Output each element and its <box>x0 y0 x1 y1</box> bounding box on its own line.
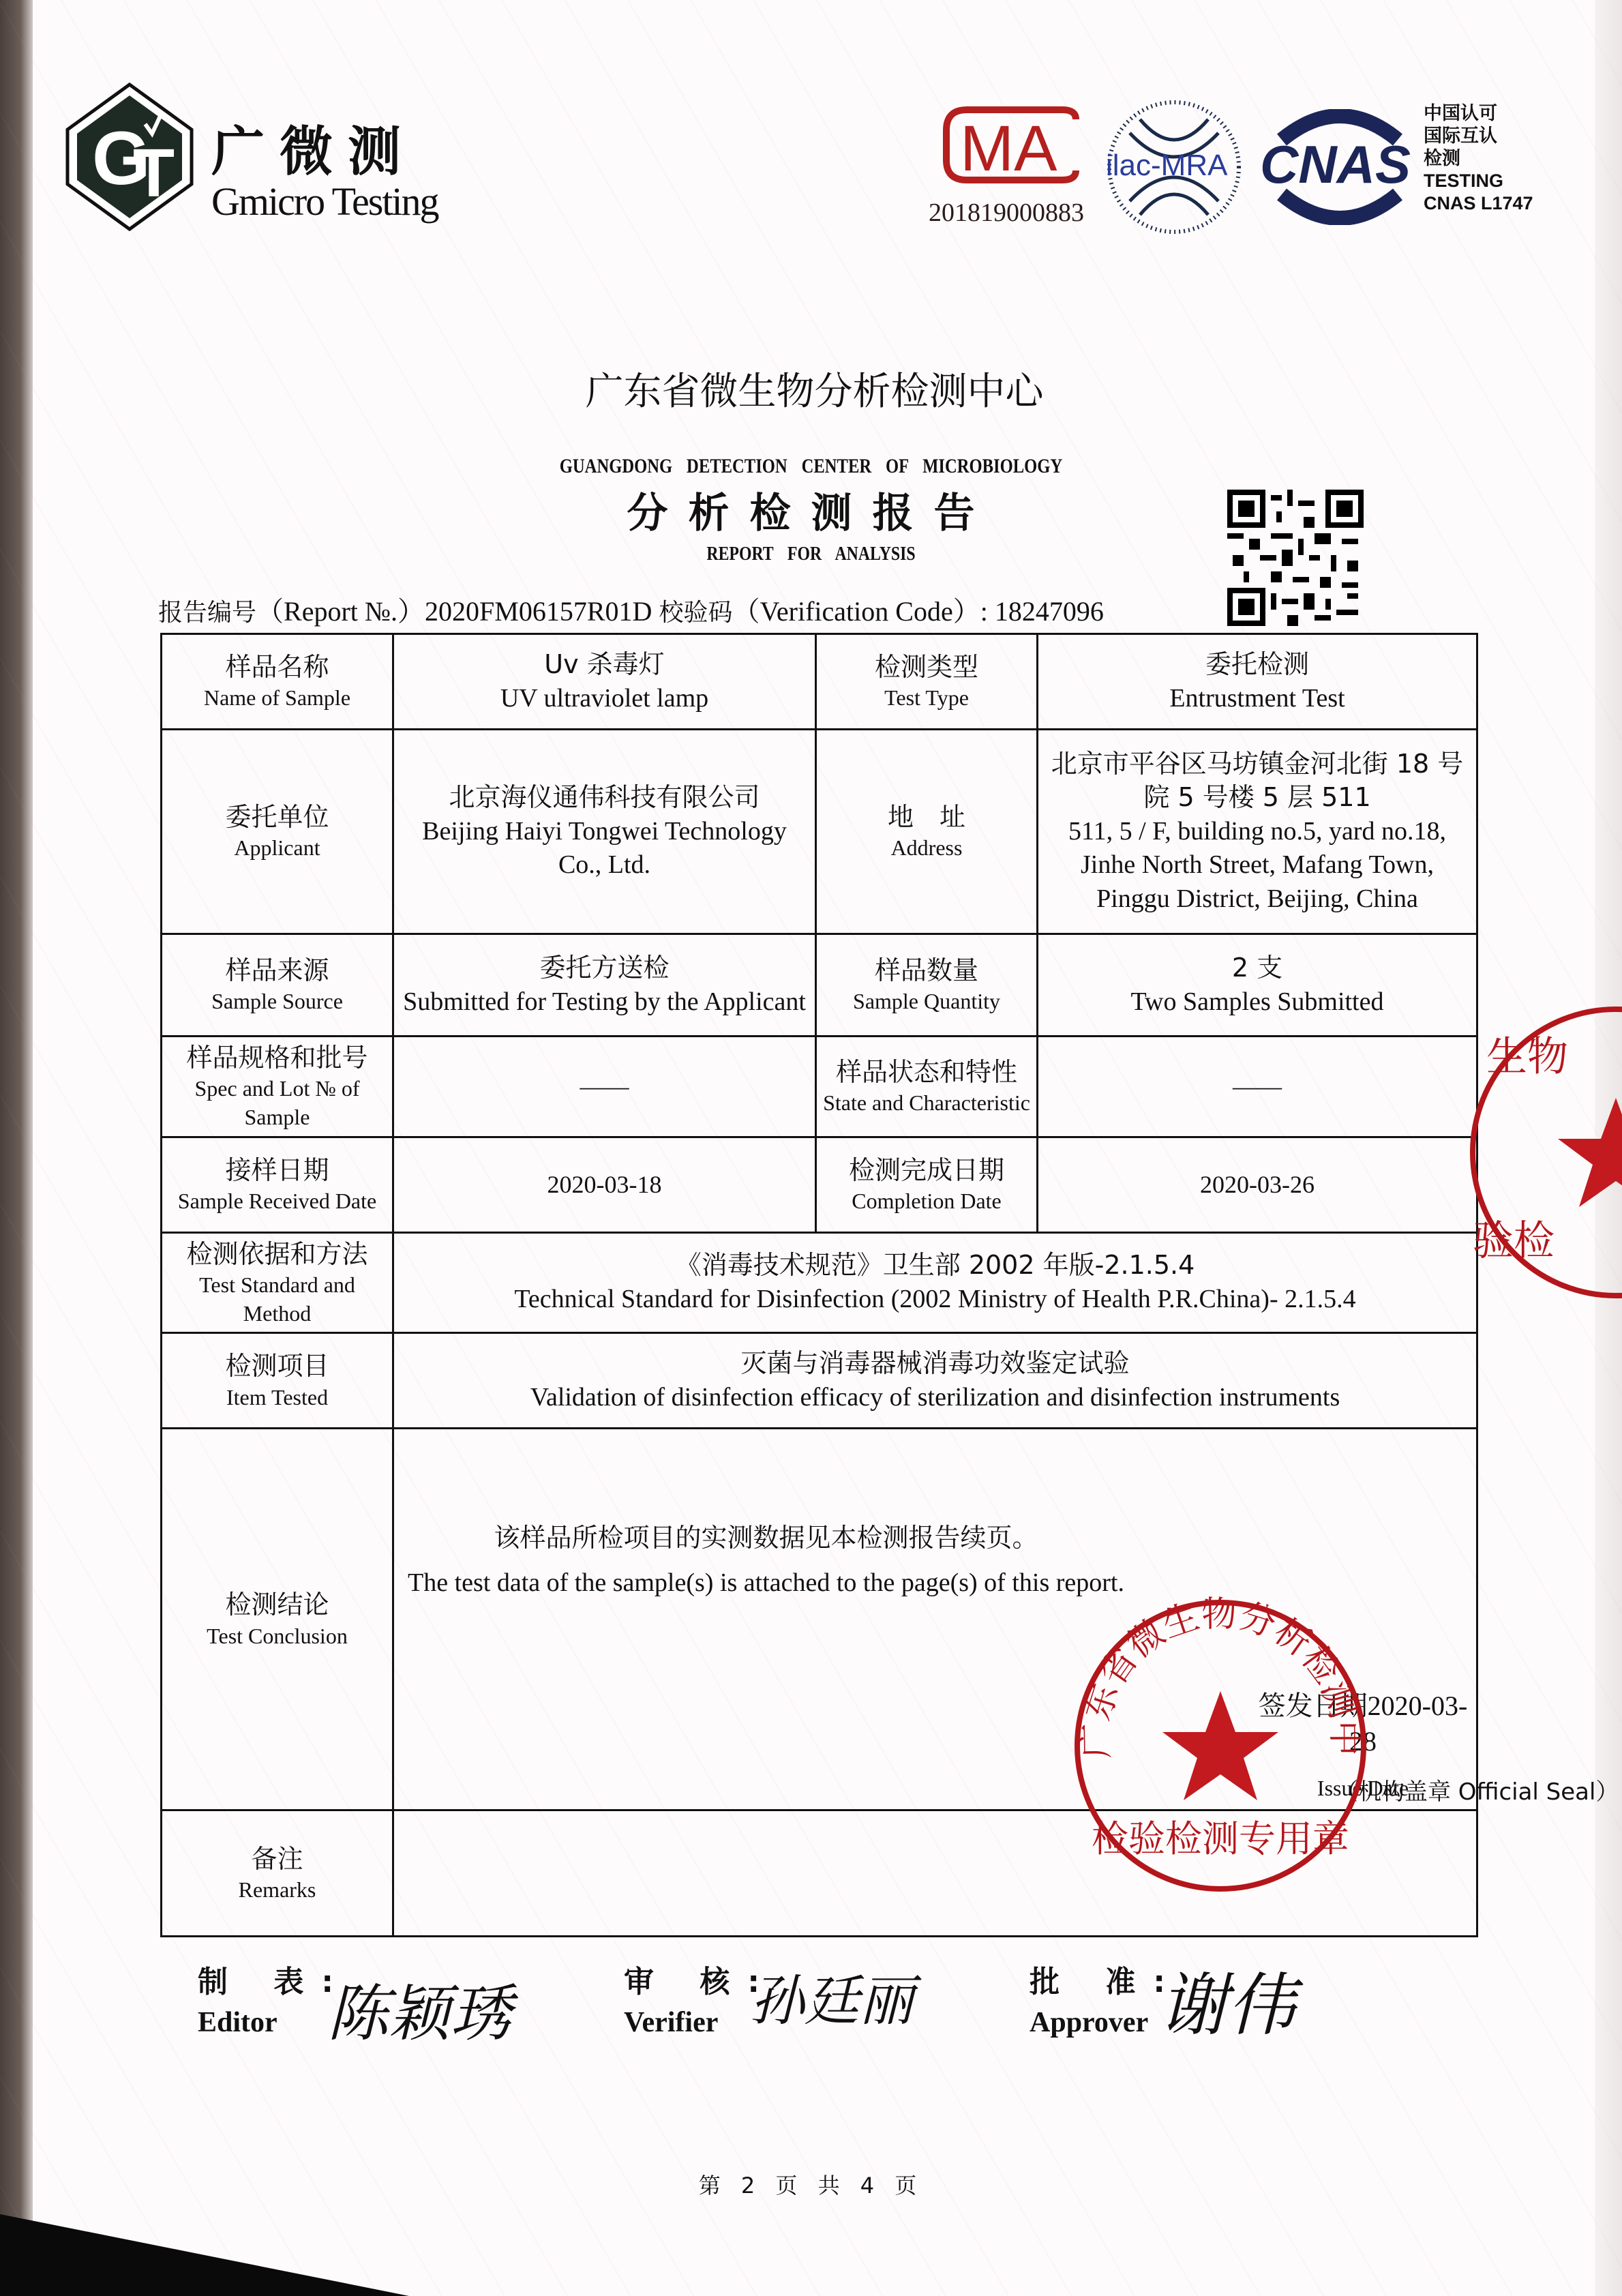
state-label: 样品状态和特性State and Characteristic <box>816 1037 1038 1137</box>
issue-date-value: 2020-03-28 <box>1349 1690 1467 1757</box>
address-label: 地 址Address <box>816 730 1038 934</box>
cnas-line-5: CNAS L1747 <box>1424 192 1533 215</box>
sample-quantity-label: 样品数量Sample Quantity <box>816 934 1038 1037</box>
conclusion-text-cn: 该样品所检项目的实测数据见本检测报告续页。 <box>408 1521 1124 1555</box>
table-row: 样品来源Sample Source 委托方送检Submitted for Tes… <box>162 934 1477 1037</box>
sample-source-label: 样品来源Sample Source <box>162 934 393 1037</box>
sample-source-value: 委托方送检Submitted for Testing by the Applic… <box>393 934 816 1037</box>
cnas-line-1: 中国认可 <box>1424 102 1533 125</box>
issue-date-label-cn: 签发日期 <box>1259 1690 1368 1722</box>
svg-text:生物: 生物 <box>1486 1033 1568 1081</box>
svg-text:验检: 验检 <box>1473 1217 1555 1265</box>
gt-logo-icon: G T <box>65 82 194 232</box>
scan-bottom-corner <box>0 2214 409 2296</box>
scan-right-edge <box>1595 0 1622 2296</box>
brand-name-cn: 广微测 <box>211 109 416 185</box>
official-seal-note: （机构盖章 Official Seal） <box>1335 1777 1619 1807</box>
cnas-line-4: TESTING <box>1424 170 1533 192</box>
table-row: 样品名称Name of Sample Uv 杀毒灯UV ultraviolet … <box>162 634 1477 730</box>
item-tested-value: 灭菌与消毒器械消毒功效鉴定试验Validation of disinfectio… <box>393 1333 1477 1429</box>
brand-name-en: Gmicro Testing <box>211 179 438 224</box>
remarks-label: 备注Remarks <box>162 1810 393 1937</box>
verification-label-en: （Verification Code）: <box>732 596 987 627</box>
page-indicator: 第 2 页 共 4 页 <box>0 2168 1622 2200</box>
completion-date-label: 检测完成日期Completion Date <box>816 1137 1038 1232</box>
report-table: 样品名称Name of Sample Uv 杀毒灯UV ultraviolet … <box>160 633 1478 1937</box>
applicant-label: 委托单位Applicant <box>162 730 393 934</box>
sample-name-value: Uv 杀毒灯UV ultraviolet lamp <box>393 634 816 730</box>
verifier-signature: 孙廷丽 <box>750 1957 914 2036</box>
scan-left-edge <box>0 0 33 2296</box>
svg-text:MA: MA <box>960 113 1057 184</box>
verification-code: 18247096 <box>995 596 1104 627</box>
table-row: 接样日期Sample Received Date 2020-03-18 检测完成… <box>162 1137 1477 1232</box>
cnas-line-3: 检测 <box>1424 147 1533 170</box>
completion-date-value: 2020-03-26 <box>1038 1137 1477 1232</box>
table-row: 检测结论Test Conclusion 该样品所检项目的实测数据见本检测报告续页… <box>162 1429 1477 1810</box>
received-date-value: 2020-03-18 <box>393 1137 816 1232</box>
address-value: 北京市平谷区马坊镇金河北街 18 号院 5 号楼 5 层 511511, 5 /… <box>1038 730 1477 934</box>
ilac-mra-icon: ilac-MRA <box>1106 92 1242 242</box>
report-no-label-cn: 报告编号 <box>158 599 256 627</box>
cnas-line-2: 国际互认 <box>1424 125 1533 147</box>
organization-title-en: GUANGDONG DETECTION CENTER OF MICROBIOLO… <box>146 455 1476 478</box>
report-number: 2020FM06157R01D <box>425 596 652 627</box>
conclusion-value: 该样品所检项目的实测数据见本检测报告续页。 The test data of t… <box>393 1429 1477 1810</box>
qr-code-icon[interactable] <box>1227 490 1364 626</box>
item-tested-label: 检测项目Item Tested <box>162 1333 393 1429</box>
verification-label-cn: 校验码 <box>659 599 732 627</box>
conclusion-label: 检测结论Test Conclusion <box>162 1429 393 1810</box>
cma-number: 201819000883 <box>929 198 1084 228</box>
svg-text:T: T <box>133 135 175 211</box>
approver-signature: 谢伟 <box>1159 1950 1295 2048</box>
received-date-label: 接样日期Sample Received Date <box>162 1137 393 1232</box>
sample-quantity-value: 2 支Two Samples Submitted <box>1038 934 1477 1037</box>
svg-text:CNAS: CNAS <box>1260 134 1411 194</box>
state-value: —— <box>1038 1037 1477 1137</box>
sample-name-label: 样品名称Name of Sample <box>162 634 393 730</box>
report-no-label-en: （Report №.） <box>256 596 425 627</box>
conclusion-text-en: The test data of the sample(s) is attach… <box>408 1566 1124 1600</box>
applicant-value: 北京海仪通伟科技有限公司Beijing Haiyi Tongwei Techno… <box>393 730 816 934</box>
test-type-label: 检测类型Test Type <box>816 634 1038 730</box>
standard-value: 《消毒技术规范》卫生部 2002 年版-2.1.5.4Technical Sta… <box>393 1232 1477 1333</box>
cma-mark-icon: MA <box>940 106 1086 184</box>
organization-title-cn: 广东省微生物分析检测中心 <box>0 361 1622 416</box>
editor-signature: 陈颖琇 <box>327 1964 511 2053</box>
table-row: 检测依据和方法Test Standard and Method 《消毒技术规范》… <box>162 1232 1477 1333</box>
cnas-accreditation-text: 中国认可 国际互认 检测 TESTING CNAS L1747 <box>1424 102 1533 215</box>
table-row: 委托单位Applicant 北京海仪通伟科技有限公司Beijing Haiyi … <box>162 730 1477 934</box>
test-type-value: 委托检测Entrustment Test <box>1038 634 1477 730</box>
table-row: 检测项目Item Tested 灭菌与消毒器械消毒功效鉴定试验Validatio… <box>162 1333 1477 1429</box>
standard-label: 检测依据和方法Test Standard and Method <box>162 1232 393 1333</box>
remarks-value <box>393 1810 1477 1937</box>
table-row: 备注Remarks <box>162 1810 1477 1937</box>
spec-lot-value: —— <box>393 1037 816 1137</box>
svg-text:ilac-MRA: ilac-MRA <box>1106 149 1228 182</box>
report-number-line: 报告编号（Report №.）2020FM06157R01D 校验码（Verif… <box>158 590 1104 629</box>
cnas-mark-icon: CNAS <box>1255 109 1425 225</box>
table-row: 样品规格和批号Spec and Lot № of Sample —— 样品状态和… <box>162 1037 1477 1137</box>
report-title-cn: 分析检测报告 <box>0 481 1622 539</box>
spec-lot-label: 样品规格和批号Spec and Lot № of Sample <box>162 1037 393 1137</box>
